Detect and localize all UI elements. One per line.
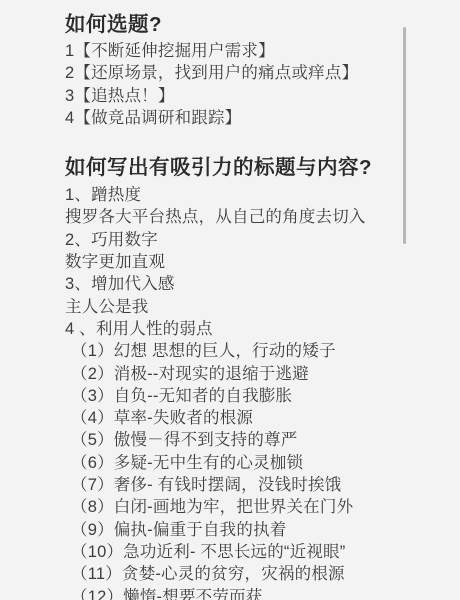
note-content: 如何选题? 1【不断延伸挖掘用户需求】 2【还原场景，找到用户的痛点或痒点】 3… <box>65 10 423 600</box>
topics-list-item: 3【追热点！】 <box>65 85 423 107</box>
weakness-item: （8）白闭-画地为牢，把世界关在门外 <box>65 496 423 518</box>
topics-list-item: 1【不断延伸挖掘用户需求】 <box>65 40 423 62</box>
weakness-item: （5）傲慢－得不到支持的尊严 <box>65 429 423 451</box>
weakness-item: （4）草率-失败者的根源 <box>65 407 423 429</box>
weakness-item: （7）奢侈- 有钱时摆阔，没钱时挨饿 <box>65 474 423 496</box>
weakness-item: （11）贪婪-心灵的贫穷，灾祸的根源 <box>65 563 423 585</box>
weakness-item: （6）多疑-无中生有的心灵枷锁 <box>65 452 423 474</box>
topics-list-item: 4【做竞品调研和跟踪】 <box>65 107 423 129</box>
writing-tip-line: 主人公是我 <box>65 296 423 318</box>
weakness-item: （9）偏执-偏重于自我的执着 <box>65 519 423 541</box>
weakness-item: （2）消极--对现实的退缩于逃避 <box>65 363 423 385</box>
writing-tip-line: 数字更加直观 <box>65 251 423 273</box>
weakness-item: （3）自负--无知者的自我膨胀 <box>65 385 423 407</box>
topics-list: 1【不断延伸挖掘用户需求】 2【还原场景，找到用户的痛点或痒点】 3【追热点！】… <box>65 40 423 129</box>
weakness-item: （12）懒惰-想要不劳而获 <box>65 586 423 600</box>
writing-tip-line: 3、增加代入感 <box>65 273 423 295</box>
writing-tips-list: 1、蹭热度 搜罗各大平台热点，从自己的角度去切入 2、巧用数字 数字更加直观 3… <box>65 184 423 340</box>
human-weakness-list: （1）幻想 思想的巨人，行动的矮子 （2）消极--对现实的退缩于逃避 （3）自负… <box>65 340 423 600</box>
weakness-item: （10）急功近利- 不思长远的“近视眼” <box>65 541 423 563</box>
topics-section-title: 如何选题? <box>65 12 423 37</box>
writing-section-title: 如何写出有吸引力的标题与内容? <box>65 155 423 180</box>
writing-tip-line: 2、巧用数字 <box>65 229 423 251</box>
weakness-item: （1）幻想 思想的巨人，行动的矮子 <box>65 340 423 362</box>
writing-tip-line: 4 、利用人性的弱点 <box>65 318 423 340</box>
vertical-scrollbar-thumb[interactable] <box>403 27 406 244</box>
writing-tip-line: 搜罗各大平台热点，从自己的角度去切入 <box>65 206 423 228</box>
writing-tip-line: 1、蹭热度 <box>65 184 423 206</box>
topics-list-item: 2【还原场景，找到用户的痛点或痒点】 <box>65 62 423 84</box>
